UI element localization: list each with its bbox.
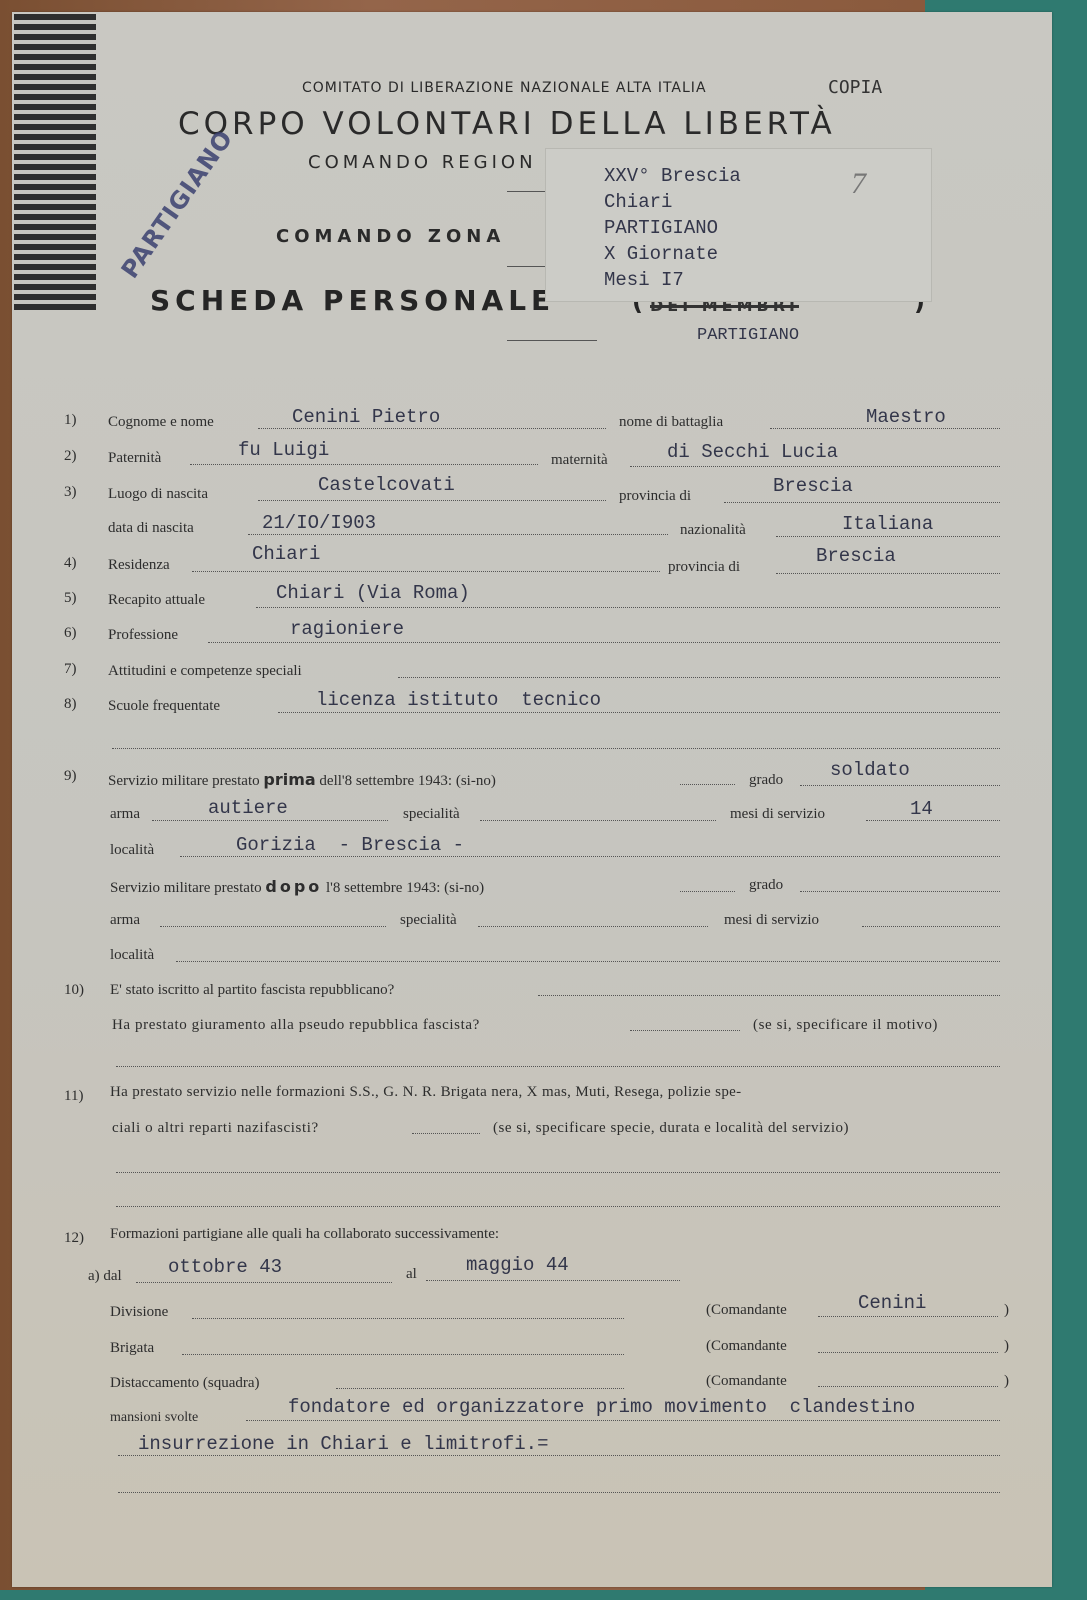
commander-label: (Comandante: [706, 1373, 787, 1390]
fill-line: [208, 642, 1000, 643]
field-number: 8): [64, 696, 77, 713]
specialty-label: specialità: [400, 912, 457, 929]
months-label: mesi di servizio: [724, 912, 819, 929]
nationality-value[interactable]: Italiana: [842, 513, 933, 535]
committee-heading: COMITATO DI LIBERAZIONE NAZIONALE ALTA I…: [302, 80, 707, 96]
slip-line: PARTIGIANO: [604, 217, 718, 239]
fill-line: [190, 464, 538, 465]
province-label: provincia di: [619, 488, 691, 505]
duties-value-line1[interactable]: fondatore ed organizzatore primo movimen…: [288, 1396, 915, 1418]
fill-line: [136, 1282, 392, 1283]
division-label: Divisione: [110, 1304, 168, 1321]
fill-line: [770, 428, 1000, 429]
handwritten-mark: 7: [851, 167, 866, 201]
fill-line[interactable]: [538, 995, 1000, 996]
field-number: 7): [64, 661, 77, 678]
months-value[interactable]: 14: [910, 798, 933, 820]
arm-label: arma: [110, 912, 140, 929]
fill-line: [776, 573, 1000, 574]
fill-line[interactable]: [800, 891, 1000, 892]
close-paren: ): [1004, 1338, 1009, 1355]
fill-line: [724, 502, 1000, 503]
from-label: a) dal: [88, 1268, 122, 1285]
fill-line: [258, 500, 606, 501]
service-after-label: Servizio militare prestato dopo l'8 sett…: [110, 877, 484, 897]
service-suffix: l'8 settembre 1943: (si-no): [326, 880, 484, 896]
address-value[interactable]: Chiari (Via Roma): [276, 582, 470, 604]
fill-line[interactable]: [818, 1352, 998, 1353]
to-value[interactable]: maggio 44: [466, 1254, 569, 1276]
divider: [507, 191, 547, 192]
rank-label: grado: [749, 877, 783, 894]
duties-label: mansioni svolte: [110, 1410, 198, 1426]
fill-line[interactable]: [480, 820, 716, 821]
fill-line[interactable]: [478, 926, 708, 927]
to-label: al: [406, 1266, 417, 1283]
formations-question-line2: ciali o altri reparti nazifascisti?: [112, 1120, 319, 1137]
birthdate-label: data di nascita: [108, 520, 194, 537]
service-keyword-before: prima: [263, 770, 315, 789]
rank-label: grado: [749, 772, 783, 789]
form-title: SCHEDA PERSONALE: [150, 284, 555, 317]
close-paren: ): [1004, 1302, 1009, 1319]
field-number: 2): [64, 448, 77, 465]
slip-line: Chiari: [604, 191, 672, 213]
address-label: Recapito attuale: [108, 592, 205, 609]
binding-stripes: [14, 14, 96, 310]
field-number: 12): [64, 1230, 84, 1247]
field-number: 10): [64, 982, 84, 999]
pasted-slip: XXV° Brescia Chiari PARTIGIANO X Giornat…: [545, 148, 932, 302]
residence-value[interactable]: Chiari: [252, 543, 320, 565]
fill-line: [278, 712, 1000, 713]
corps-title: CORPO VOLONTARI DELLA LIBERTÀ: [178, 106, 836, 142]
fill-line: [248, 534, 668, 535]
fill-line[interactable]: [680, 891, 735, 892]
copy-mark: COPIA: [828, 77, 882, 98]
fill-line[interactable]: [116, 1172, 1000, 1173]
formations-question-line1: Ha prestato servizio nelle formazioni S.…: [110, 1084, 742, 1101]
partisan-formations-heading: Formazioni partigiane alle quali ha coll…: [110, 1226, 499, 1243]
months-label: mesi di servizio: [730, 806, 825, 823]
paternity-label: Paternità: [108, 450, 161, 467]
fill-line[interactable]: [398, 677, 1000, 678]
from-value[interactable]: ottobre 43: [168, 1256, 282, 1278]
divider: [507, 266, 547, 267]
fill-line: [112, 748, 1000, 749]
specialty-label: specialità: [403, 806, 460, 823]
fill-line[interactable]: [412, 1133, 480, 1134]
commander-label: (Comandante: [706, 1302, 787, 1319]
commander-label: (Comandante: [706, 1338, 787, 1355]
fill-line[interactable]: [160, 926, 386, 927]
fill-line: [818, 1316, 998, 1317]
fill-line[interactable]: [630, 1030, 740, 1031]
field-number: 6): [64, 625, 77, 642]
field-number: 11): [64, 1088, 83, 1105]
schools-value[interactable]: licenza istituto tecnico: [316, 689, 601, 711]
paternity-value[interactable]: fu Luigi: [238, 439, 329, 461]
profession-value[interactable]: ragioniere: [290, 618, 404, 640]
location-label: località: [110, 842, 154, 859]
field-number: 9): [64, 768, 77, 785]
residence-province-value[interactable]: Brescia: [816, 545, 896, 567]
battle-name-label: nome di battaglia: [619, 414, 723, 431]
formations-note: (se si, specificare specie, durata e loc…: [493, 1120, 849, 1137]
slip-line: XXV° Brescia: [604, 165, 741, 187]
slip-line: Mesi I7: [604, 269, 684, 291]
skills-label: Attitudini e competenze speciali: [108, 663, 302, 680]
nationality-label: nazionalità: [680, 522, 746, 539]
service-keyword-after: dopo: [265, 877, 322, 896]
service-prefix: Servizio militare prestato: [110, 880, 262, 896]
fill-line[interactable]: [680, 784, 735, 785]
fill-line: [180, 856, 1000, 857]
fill-line[interactable]: [118, 1492, 1000, 1493]
fill-line[interactable]: [182, 1354, 624, 1355]
birthdate-value[interactable]: 21/IO/I903: [262, 512, 376, 534]
zone-command-label: COMANDO ZONA: [276, 226, 505, 247]
service-suffix: dell'8 settembre 1943: (si-no): [319, 773, 495, 789]
fill-line[interactable]: [176, 961, 1000, 962]
field-number: 5): [64, 590, 77, 607]
service-before-label: Servizio militare prestato prima dell'8 …: [108, 770, 496, 790]
fill-line[interactable]: [336, 1388, 624, 1389]
fascist-party-question: E' stato iscritto al partito fascista re…: [110, 982, 394, 999]
battle-name-value[interactable]: Maestro: [866, 406, 946, 428]
birthplace-value[interactable]: Castelcovati: [318, 474, 455, 496]
fill-line: [246, 1420, 1000, 1421]
arm-label: arma: [110, 806, 140, 823]
fill-line: [426, 1280, 680, 1281]
divider: [507, 340, 597, 341]
birthplace-label: Luogo di nascita: [108, 486, 208, 503]
fill-line: [630, 466, 1000, 467]
fill-line: [258, 428, 606, 429]
division-commander-value[interactable]: Cenini: [858, 1292, 926, 1314]
detachment-label: Distaccamento (squadra): [110, 1375, 260, 1392]
oath-question: Ha prestato giuramento alla pseudo repub…: [112, 1017, 480, 1034]
service-prefix: Servizio militare prestato: [108, 773, 260, 789]
maternity-label: maternità: [551, 452, 608, 469]
birth-province-value[interactable]: Brescia: [773, 475, 853, 497]
residence-label: Residenza: [108, 557, 170, 574]
arm-value[interactable]: autiere: [208, 797, 288, 819]
profession-label: Professione: [108, 627, 178, 644]
location-label: località: [110, 947, 154, 964]
field-number: 1): [64, 412, 77, 429]
fill-line: [866, 820, 1000, 821]
fill-line[interactable]: [192, 1318, 624, 1319]
rank-value[interactable]: soldato: [830, 759, 910, 781]
brigade-label: Brigata: [110, 1340, 154, 1357]
close-paren: ): [1004, 1373, 1009, 1390]
field-number: 4): [64, 555, 77, 572]
oath-note: (se si, specificare il motivo): [753, 1017, 938, 1034]
province-label: provincia di: [668, 559, 740, 576]
slip-line: X Giornate: [604, 243, 718, 265]
fill-line[interactable]: [116, 1066, 1000, 1067]
fill-line: [256, 607, 1000, 608]
fill-line[interactable]: [116, 1206, 1000, 1207]
fill-line: [152, 820, 388, 821]
fill-line: [118, 1455, 1000, 1456]
fill-line: [800, 785, 1000, 786]
location-value[interactable]: Gorizia - Brescia -: [236, 834, 464, 856]
surname-name-label: Cognome e nome: [108, 414, 214, 431]
surname-name-value[interactable]: Cenini Pietro: [292, 406, 440, 428]
duties-value-line2[interactable]: insurrezione in Chiari e limitrofi.=: [138, 1433, 548, 1455]
fill-line: [192, 571, 660, 572]
field-number: 3): [64, 484, 77, 501]
replacement-text: PARTIGIANO: [697, 326, 799, 345]
maternity-value[interactable]: di Secchi Lucia: [667, 441, 838, 463]
fill-line[interactable]: [818, 1386, 998, 1387]
regional-command-label: COMANDO REGION: [308, 152, 537, 173]
schools-label: Scuole frequentate: [108, 698, 220, 715]
fill-line[interactable]: [862, 926, 1000, 927]
fill-line: [776, 536, 1000, 537]
